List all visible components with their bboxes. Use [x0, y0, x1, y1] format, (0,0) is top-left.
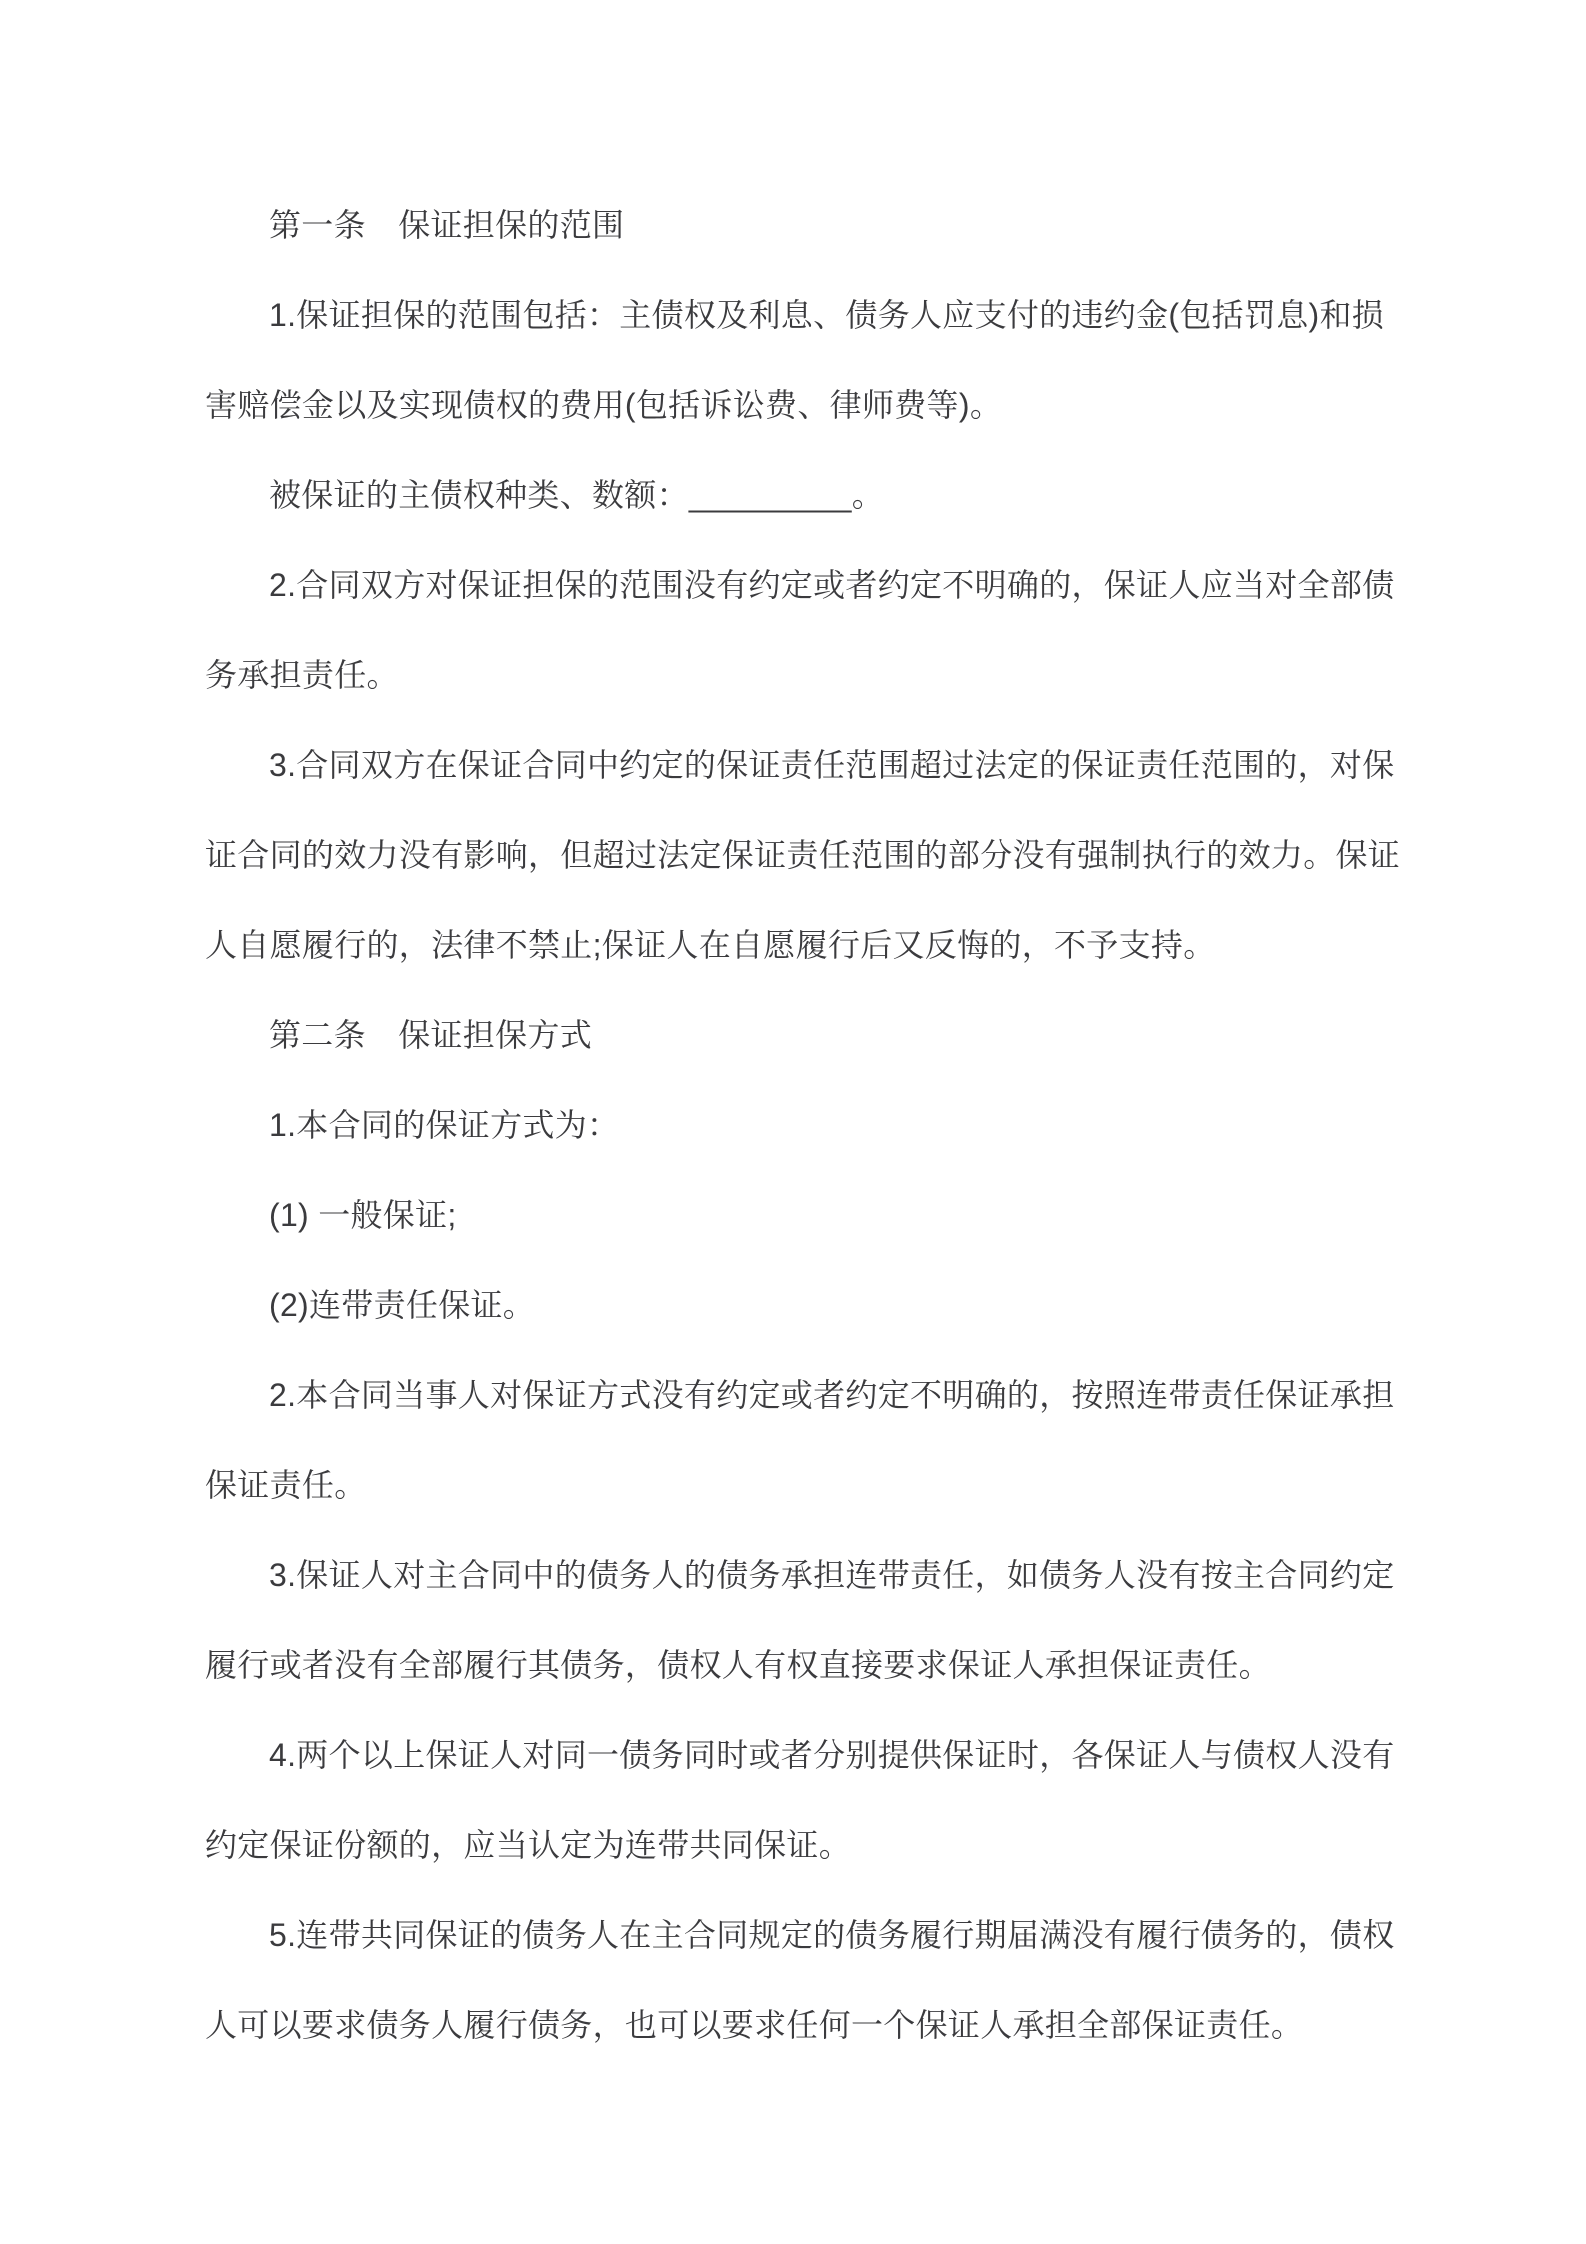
document-line: 履行或者没有全部履行其债务，债权人有权直接要求保证人承担保证责任。 [205, 1620, 1396, 1710]
document-line: 5.连带共同保证的债务人在主合同规定的债务履行期届满没有履行债务的，债权 [205, 1890, 1396, 1980]
document-body: 第一条 保证担保的范围1.保证担保的范围包括：主债权及利息、债务人应支付的违约金… [205, 180, 1396, 2070]
contract-document-page: 第一条 保证担保的范围1.保证担保的范围包括：主债权及利息、债务人应支付的违约金… [0, 0, 1586, 2244]
article-heading: 第一条 保证担保的范围 [205, 180, 1396, 270]
document-line: (1) 一般保证; [205, 1170, 1396, 1260]
document-line: 人可以要求债务人履行债务，也可以要求任何一个保证人承担全部保证责任。 [205, 1980, 1396, 2070]
document-line: 3.合同双方在保证合同中约定的保证责任范围超过法定的保证责任范围的，对保 [205, 720, 1396, 810]
document-line: 人自愿履行的，法律不禁止;保证人在自愿履行后又反悔的，不予支持。 [205, 900, 1396, 990]
document-line: (2)连带责任保证。 [205, 1260, 1396, 1350]
document-line: 2.本合同当事人对保证方式没有约定或者约定不明确的，按照连带责任保证承担 [205, 1350, 1396, 1440]
document-line: 被保证的主债权种类、数额：_________。 [205, 450, 1396, 540]
article-heading: 第二条 保证担保方式 [205, 990, 1396, 1080]
document-line: 1.保证担保的范围包括：主债权及利息、债务人应支付的违约金(包括罚息)和损 [205, 270, 1396, 360]
document-line: 务承担责任。 [205, 630, 1396, 720]
document-line: 3.保证人对主合同中的债务人的债务承担连带责任，如债务人没有按主合同约定 [205, 1530, 1396, 1620]
document-line: 4.两个以上保证人对同一债务同时或者分别提供保证时，各保证人与债权人没有 [205, 1710, 1396, 1800]
document-line: 2.合同双方对保证担保的范围没有约定或者约定不明确的，保证人应当对全部债 [205, 540, 1396, 630]
document-line: 1.本合同的保证方式为： [205, 1080, 1396, 1170]
document-line: 保证责任。 [205, 1440, 1396, 1530]
document-line: 约定保证份额的，应当认定为连带共同保证。 [205, 1800, 1396, 1890]
document-line: 害赔偿金以及实现债权的费用(包括诉讼费、律师费等)。 [205, 360, 1396, 450]
document-line: 证合同的效力没有影响，但超过法定保证责任范围的部分没有强制执行的效力。保证 [205, 810, 1396, 900]
